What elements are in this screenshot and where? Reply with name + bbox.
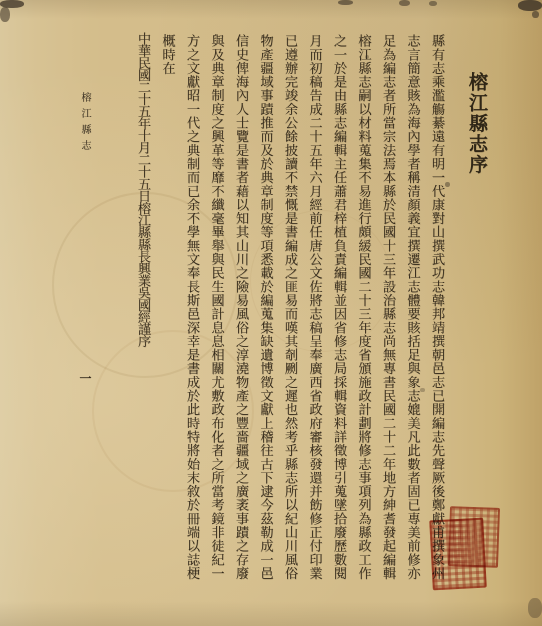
text-column: 志言簡意賅為海內學者稱清顏義宜撰遷江志體要賅括足與象志媲美凡此數者固已專美前修亦: [399, 32, 424, 592]
text-column: 之一於是由縣志編輯主任蕭君梓植負責編輯並因省修志局採輯資料詳徵博引蒐墜拾廢歷數閱: [326, 32, 351, 592]
text-column: 與及典章制度之興革等靡不纖毫畢舉與民生國計息息相關尤敷政布化者之所當考鏡非徒紀一: [203, 32, 228, 592]
text-column: 物產疆域事蹟推而及於典章制度等項悉載於編蒐集缺遺博徵文獻上稽往古下逮今茲勒成一邑: [252, 32, 277, 592]
text-column: 月而初稿告成二十五年六月經前任唐公文佐將志稿呈奉廣西省政府審核發還并飭修正付印業: [301, 32, 326, 592]
scan-speck: [365, 55, 369, 59]
scan-speck: [429, 1, 437, 6]
scan-speck: [528, 598, 542, 618]
collection-seal-front: [429, 518, 487, 591]
scan-speck: [0, 7, 10, 22]
scan-speck: [532, 11, 539, 18]
scan-speck: [420, 388, 425, 392]
text-column: 榕江縣志嗣以材料蒐集不易進行頗緩民國二十三年度省頒施政計劃將修志事項列為縣政工作: [350, 32, 375, 592]
gazetteer-scanned-page: 榕江縣志序 縣有志乘濫觴綦遠有明一代康對山撰武功志韓邦靖撰朝邑志已開編志先聲厥後…: [0, 0, 542, 626]
text-column: 縣有志乘濫觴綦遠有明一代康對山撰武功志韓邦靖撰朝邑志已開編志先聲厥後鄭獻甫撰象州: [424, 32, 449, 592]
date-signature-column: 中華民國二十五年十月二十五日榕江縣縣長興業吳國經謹序: [130, 32, 155, 592]
text-column: 信史俾海內人士覽是書者藉以知其山川之險易風俗之淳澆物產之豐嗇疆域之廣袤事蹟之存廢: [228, 32, 253, 592]
text-column: 方之文獻昭一代之典制而已余不學無文奉長斯邑深幸是書成於此時特將始末敘於冊端以誌梗: [179, 32, 204, 592]
page-number: 一: [77, 372, 94, 384]
preface-text-block: 榕江縣志序 縣有志乘濫觴綦遠有明一代康對山撰武功志韓邦靖撰朝邑志已開編志先聲厥後…: [130, 32, 493, 592]
scan-speck: [445, 182, 450, 187]
spine-label: 榕江縣志: [77, 92, 92, 156]
scan-speck: [518, 0, 542, 11]
scan-speck: [399, 0, 410, 6]
text-column: 概時在: [154, 32, 179, 592]
text-column: 足為編志者所當宗法焉本縣於民國十三年設治縣志尚無專書民國二十二年地方紳耆發起編輯: [375, 32, 400, 592]
text-column: 已遵辦完竣余公餘披讀不禁慨是書編成之匪易而嘆其剞劂之遲也然考乎縣志所以紀山川風俗: [277, 32, 302, 592]
scan-speck: [338, 0, 353, 5]
